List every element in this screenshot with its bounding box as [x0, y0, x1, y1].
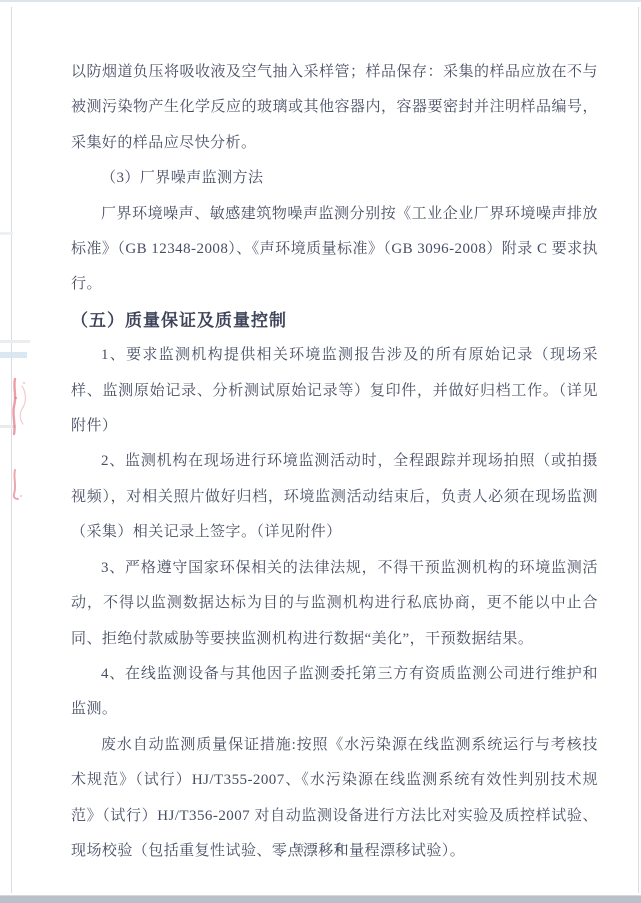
document-page: 以防烟道负压将吸收液及空气抽入采样管；样品保存：采集的样品应放在不与被测污染物产…	[0, 0, 641, 903]
scan-bottom-edge	[0, 895, 641, 903]
section-heading: （五）质量保证及质量控制	[71, 303, 598, 338]
paragraph: 以防烟道负压将吸收液及空气抽入采样管；样品保存：采集的样品应放在不与被测污染物产…	[71, 55, 598, 161]
paragraph: （3）厂界噪声监测方法	[71, 161, 598, 196]
scan-left-edge	[11, 7, 12, 893]
paragraph: 4、在线监测设备与其他因子监测委托第三方有资质监测公司进行维护和监测。	[71, 657, 598, 728]
paragraph: 厂界环境噪声、敏感建筑物噪声监测分别按《工业企业厂界环境噪声排放标准》（GB 1…	[71, 197, 598, 303]
scan-smudge	[0, 340, 30, 343]
scan-smudge	[0, 232, 13, 235]
paragraph: 1、要求监测机构提供相关环境监测报告涉及的所有原始记录（现场采样、监测原始记录、…	[71, 338, 598, 444]
scan-right-edge	[638, 7, 639, 893]
scan-top-edge	[0, 0, 641, 2]
red-pen-mark	[8, 376, 32, 438]
red-pen-mark	[9, 468, 27, 502]
scan-blue-streak	[0, 352, 27, 358]
paragraph: 2、监测机构在现场进行环境监测活动时，全程跟踪并现场拍照（或拍摄视频），对相关照…	[71, 444, 598, 550]
paragraph: 3、严格遵守国家环保相关的法律法规，不得干预监测机构的环境监测活动，不得以监测数…	[71, 551, 598, 657]
document-body: 以防烟道负压将吸收液及空气抽入采样管；样品保存：采集的样品应放在不与被测污染物产…	[71, 55, 598, 869]
page-number: 第 20 页	[0, 840, 641, 855]
